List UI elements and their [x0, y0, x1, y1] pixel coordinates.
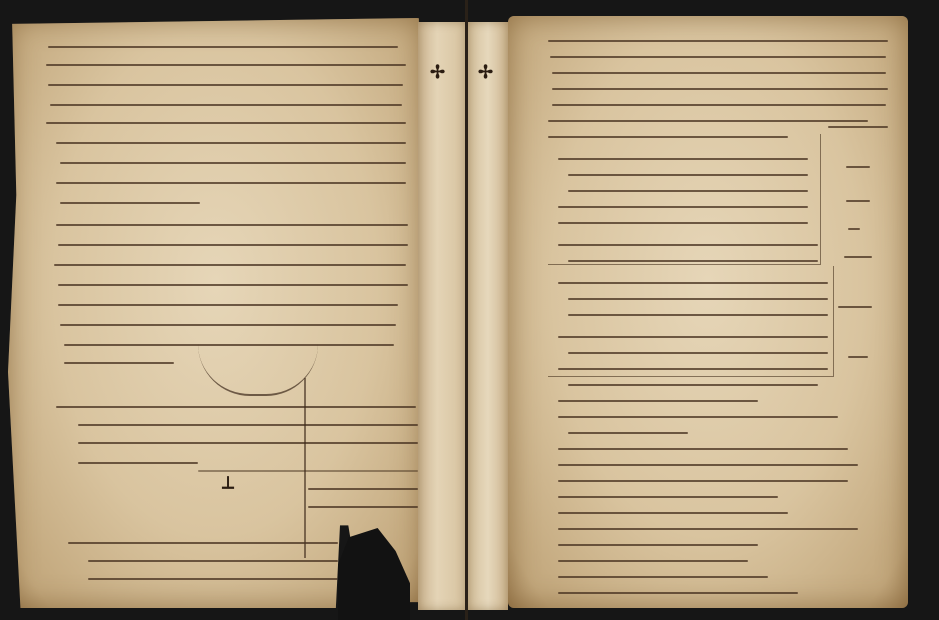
signature-flourish: [198, 344, 318, 396]
ink-mark-glyph: ⟂: [222, 472, 234, 493]
photo-background: ⟂ ✢ ✢: [0, 0, 939, 620]
left-fold-flap: ✢: [418, 22, 466, 610]
right-fold-flap: ✢: [468, 22, 508, 610]
ornament-icon: ✢: [430, 62, 445, 83]
left-manuscript-page: ⟂: [8, 18, 423, 608]
right-manuscript-page: [508, 16, 908, 608]
ornament-icon: ✢: [478, 62, 493, 83]
vertical-rule: [304, 378, 306, 558]
